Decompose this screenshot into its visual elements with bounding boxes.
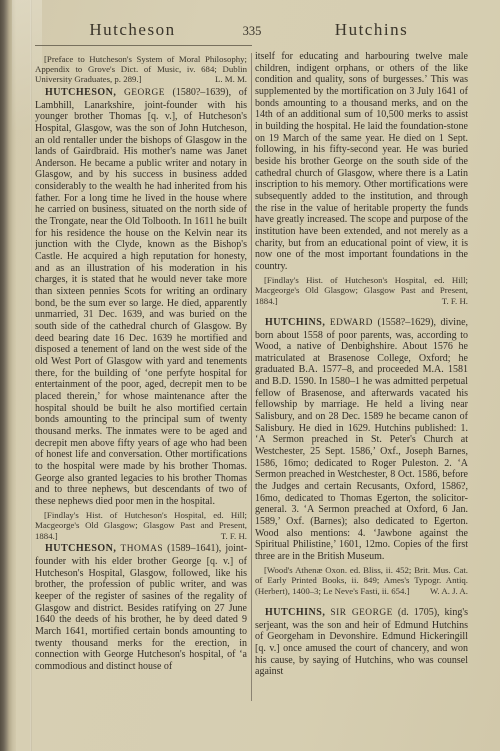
- book-page: Hutcheson 335 Hutchins [Preface to Hutch…: [0, 0, 500, 751]
- entry-body: joint-founder with his elder brother Geo…: [35, 543, 247, 672]
- reference-text: [Findlay's Hist. of Hutcheson's Hospital…: [255, 275, 468, 306]
- bibliography-hutcheson-thomas: [Findlay's Hist. of Hutcheson's Hospital…: [255, 275, 468, 306]
- page-number: 335: [230, 24, 274, 39]
- running-head-left: Hutcheson: [35, 20, 230, 40]
- left-column: [Preface to Hutcheson's System of Moral …: [35, 51, 247, 711]
- reference-text: [Findlay's Hist. of Hutcheson's Hospital…: [35, 510, 247, 541]
- author-initials: W. A. J. A.: [430, 586, 468, 596]
- entry-forename: SIR GEORGE: [330, 608, 392, 618]
- entry-surname: HUTCHINS,: [265, 317, 325, 328]
- entry-hutcheson-thomas: HUTCHESON, THOMAS (1589–1641), joint-fou…: [35, 543, 247, 672]
- bibliography-hutchins-edward: [Wood's Athenæ Oxon. ed. Bliss, ii. 452;…: [255, 565, 468, 596]
- entry-surname: HUTCHESON,: [45, 87, 116, 98]
- author-initials: L. M. M.: [215, 74, 247, 84]
- entry-surname: HUTCHINS,: [265, 607, 325, 618]
- entry-hutcheson-george: HUTCHESON, GEORGE (1580?–1639), of Lambh…: [35, 87, 247, 508]
- entry-forename: GEORGE: [124, 88, 165, 98]
- entry-body: divine, born about 1558 of poor parents,…: [255, 317, 468, 562]
- running-header: Hutcheson 335 Hutchins: [35, 20, 469, 40]
- running-head-right: Hutchins: [274, 20, 469, 40]
- right-column: itself for educating and harbouring twel…: [255, 51, 468, 711]
- entry-dates: (1589–1641),: [167, 543, 221, 554]
- text-columns: [Preface to Hutcheson's System of Moral …: [35, 51, 469, 711]
- entry-body: of Lambhill, Lanarkshire, joint-founder …: [35, 87, 247, 507]
- entry-dates: (d. 1705),: [398, 607, 440, 618]
- continuation-paragraph: itself for educating and harbouring twel…: [255, 51, 468, 272]
- column-divider: [251, 53, 252, 701]
- header-rule: [35, 45, 252, 46]
- entry-hutchins-george: HUTCHINS, SIR GEORGE (d. 1705), king's s…: [255, 607, 468, 678]
- entry-forename: THOMAS: [120, 544, 163, 554]
- entry-dates: (1580?–1639),: [173, 87, 232, 98]
- entry-forename: EDWARD: [330, 318, 373, 328]
- entry-hutchins-edward: HUTCHINS, EDWARD (1558?–1629), divine, b…: [255, 317, 468, 563]
- page-content: Hutcheson 335 Hutchins [Preface to Hutch…: [35, 20, 469, 711]
- preface-reference: [Preface to Hutcheson's System of Moral …: [35, 54, 247, 85]
- author-initials: T. F. H.: [442, 296, 468, 306]
- entry-dates: (1558?–1629),: [377, 317, 436, 328]
- author-initials: T. F. H.: [221, 531, 247, 541]
- entry-surname: HUTCHESON,: [45, 543, 116, 554]
- bibliography-hutcheson-george: [Findlay's Hist. of Hutcheson's Hospital…: [35, 510, 247, 541]
